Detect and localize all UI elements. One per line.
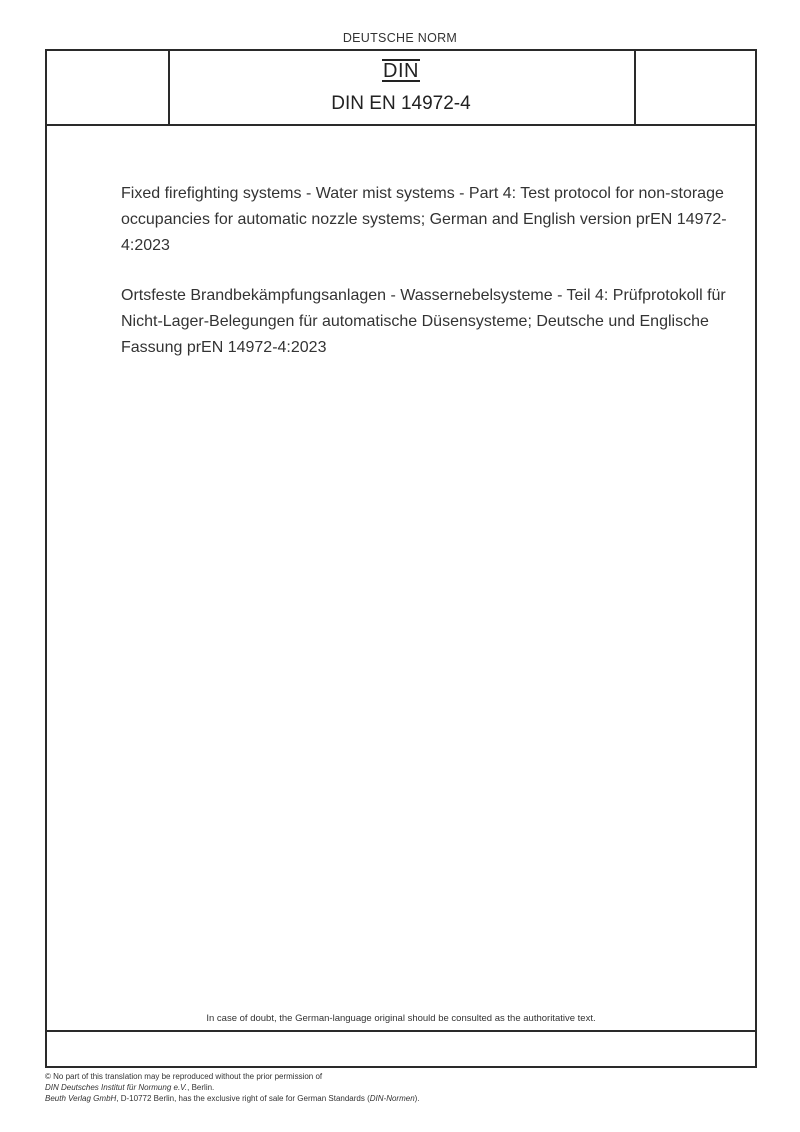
copyright-line-2: DIN Deutsches Institut für Normung e.V.,…	[45, 1082, 420, 1093]
document-frame: DIN DIN EN 14972-4 Fixed firefighting sy…	[45, 49, 757, 1068]
copyright-line-3: Beuth Verlag GmbH, D-10772 Berlin, has t…	[45, 1093, 420, 1104]
deutsche-norm-label: DEUTSCHE NORM	[0, 31, 800, 45]
publisher-name: Beuth Verlag GmbH	[45, 1094, 116, 1103]
authoritative-text-notice: In case of doubt, the German-language or…	[47, 1013, 755, 1024]
copyright-footer: © No part of this translation may be rep…	[45, 1071, 420, 1104]
publisher-rights-end: ).	[415, 1094, 420, 1103]
din-institute-city: , Berlin.	[187, 1083, 214, 1092]
footer-rule	[47, 1030, 755, 1032]
din-normen: DIN-Normen	[370, 1094, 415, 1103]
document-titles: Fixed firefighting systems - Water mist …	[121, 181, 741, 385]
din-logo-text: DIN	[382, 59, 420, 82]
document-number: DIN EN 14972-4	[47, 93, 755, 115]
copyright-line-1: © No part of this translation may be rep…	[45, 1071, 420, 1082]
header-bottom-rule	[47, 124, 755, 126]
title-german: Ortsfeste Brandbekämpfungsanlagen - Wass…	[121, 283, 741, 361]
title-english: Fixed firefighting systems - Water mist …	[121, 181, 741, 259]
din-logo: DIN	[47, 59, 755, 82]
publisher-rights: , D-10772 Berlin, has the exclusive righ…	[116, 1094, 369, 1103]
din-institute-name: DIN Deutsches Institut für Normung e.V.	[45, 1083, 187, 1092]
